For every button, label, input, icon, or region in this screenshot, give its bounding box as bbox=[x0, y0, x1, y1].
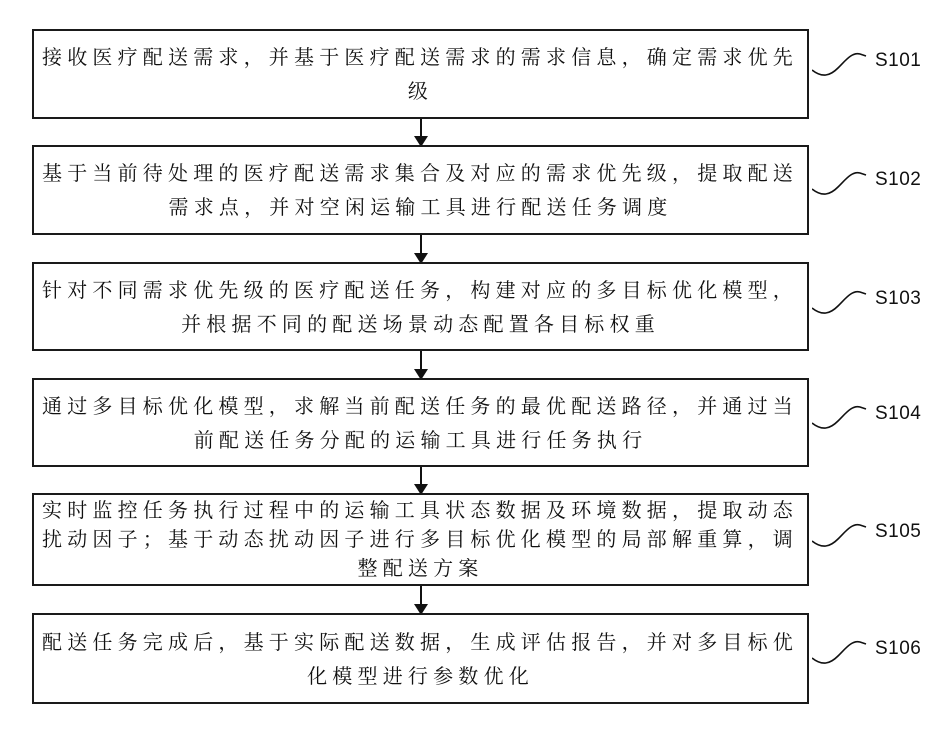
step-text-line: 接收医疗配送需求，并基于医疗配送需求的需求信息，确定需求优先 bbox=[42, 40, 799, 74]
flow-arrow bbox=[420, 119, 422, 145]
step-id: S102 bbox=[875, 169, 921, 191]
flow-arrow bbox=[420, 467, 422, 493]
step-id: S105 bbox=[875, 521, 921, 543]
step-box-s103: 针对不同需求优先级的医疗配送任务，构建对应的多目标优化模型， 并根据不同的配送场… bbox=[32, 262, 809, 351]
leader-curve-icon bbox=[812, 44, 874, 84]
step-text-line: 需求点，并对空闲运输工具进行配送任务调度 bbox=[42, 190, 799, 224]
leader-curve-icon bbox=[812, 397, 874, 437]
step-box-s102: 基于当前待处理的医疗配送需求集合及对应的需求优先级，提取配送 需求点，并对空闲运… bbox=[32, 145, 809, 235]
step-id: S104 bbox=[875, 403, 921, 425]
step-id: S106 bbox=[875, 638, 921, 660]
step-id: S103 bbox=[875, 288, 921, 310]
step-text-line: 通过多目标优化模型，求解当前配送任务的最优配送路径，并通过当 bbox=[42, 389, 799, 423]
step-box-s101: 接收医疗配送需求，并基于医疗配送需求的需求信息，确定需求优先 级 bbox=[32, 29, 809, 119]
step-text-line: 扰动因子；基于动态扰动因子进行多目标优化模型的局部解重算，调 bbox=[42, 525, 799, 554]
leader-curve-icon bbox=[812, 163, 874, 203]
step-text-line: 前配送任务分配的运输工具进行任务执行 bbox=[42, 423, 799, 457]
step-text-line: 级 bbox=[42, 74, 799, 108]
step-text-line: 整配送方案 bbox=[42, 554, 799, 583]
step-text-line: 针对不同需求优先级的医疗配送任务，构建对应的多目标优化模型， bbox=[42, 273, 799, 307]
flow-arrow bbox=[420, 351, 422, 378]
step-id: S101 bbox=[875, 50, 921, 72]
flow-arrow bbox=[420, 586, 422, 613]
step-box-s106: 配送任务完成后，基于实际配送数据，生成评估报告，并对多目标优 化模型进行参数优化 bbox=[32, 613, 809, 704]
leader-curve-icon bbox=[812, 282, 874, 322]
step-text-line: 并根据不同的配送场景动态配置各目标权重 bbox=[42, 307, 799, 341]
step-text-line: 配送任务完成后，基于实际配送数据，生成评估报告，并对多目标优 bbox=[42, 625, 799, 659]
step-text-line: 实时监控任务执行过程中的运输工具状态数据及环境数据，提取动态 bbox=[42, 496, 799, 525]
step-box-s105: 实时监控任务执行过程中的运输工具状态数据及环境数据，提取动态 扰动因子；基于动态… bbox=[32, 493, 809, 586]
step-box-s104: 通过多目标优化模型，求解当前配送任务的最优配送路径，并通过当 前配送任务分配的运… bbox=[32, 378, 809, 467]
step-text-line: 基于当前待处理的医疗配送需求集合及对应的需求优先级，提取配送 bbox=[42, 156, 799, 190]
leader-curve-icon bbox=[812, 632, 874, 672]
leader-curve-icon bbox=[812, 515, 874, 555]
flow-arrow bbox=[420, 235, 422, 262]
step-text-line: 化模型进行参数优化 bbox=[42, 659, 799, 693]
